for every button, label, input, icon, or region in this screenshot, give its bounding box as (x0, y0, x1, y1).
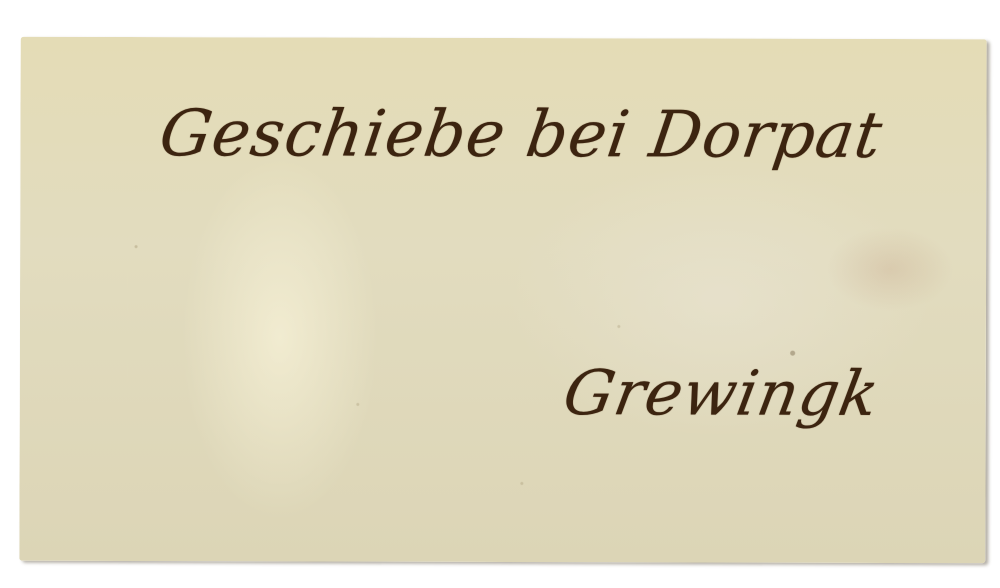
paper-label: Geschiebe bei Dorpat Grewingk (19, 37, 986, 564)
handwritten-signature: Grewingk (558, 356, 885, 430)
handwritten-description: Geschiebe bei Dorpat (155, 97, 887, 173)
